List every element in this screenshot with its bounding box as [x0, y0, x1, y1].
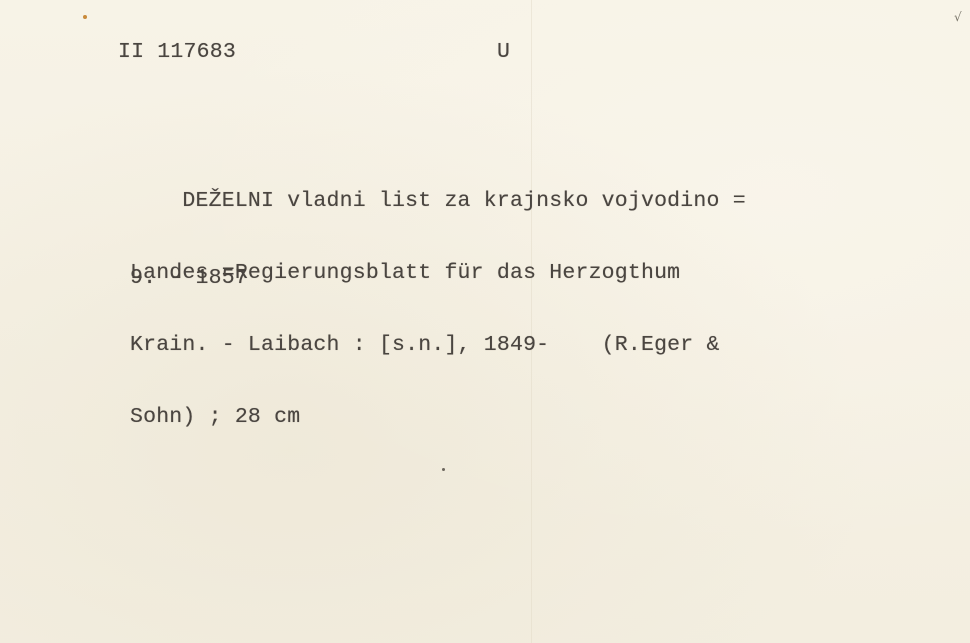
location-code: U [497, 40, 510, 64]
call-number: II 117683 [118, 40, 236, 64]
check-mark-icon: √ [954, 10, 962, 24]
ink-spot [83, 15, 87, 19]
entry-line: Sohn) ; 28 cm [130, 405, 746, 429]
catalog-card: II 117683 U DEŽELNI vladni list za krajn… [0, 0, 970, 643]
holdings-statement: 9. - 1857 [130, 266, 248, 290]
entry-line: DEŽELNI vladni list za krajnsko vojvodin… [130, 189, 746, 213]
bibliographic-entry: DEŽELNI vladni list za krajnsko vojvodin… [130, 141, 746, 477]
entry-line: Krain. - Laibach : [s.n.], 1849- (R.Eger… [130, 333, 746, 357]
